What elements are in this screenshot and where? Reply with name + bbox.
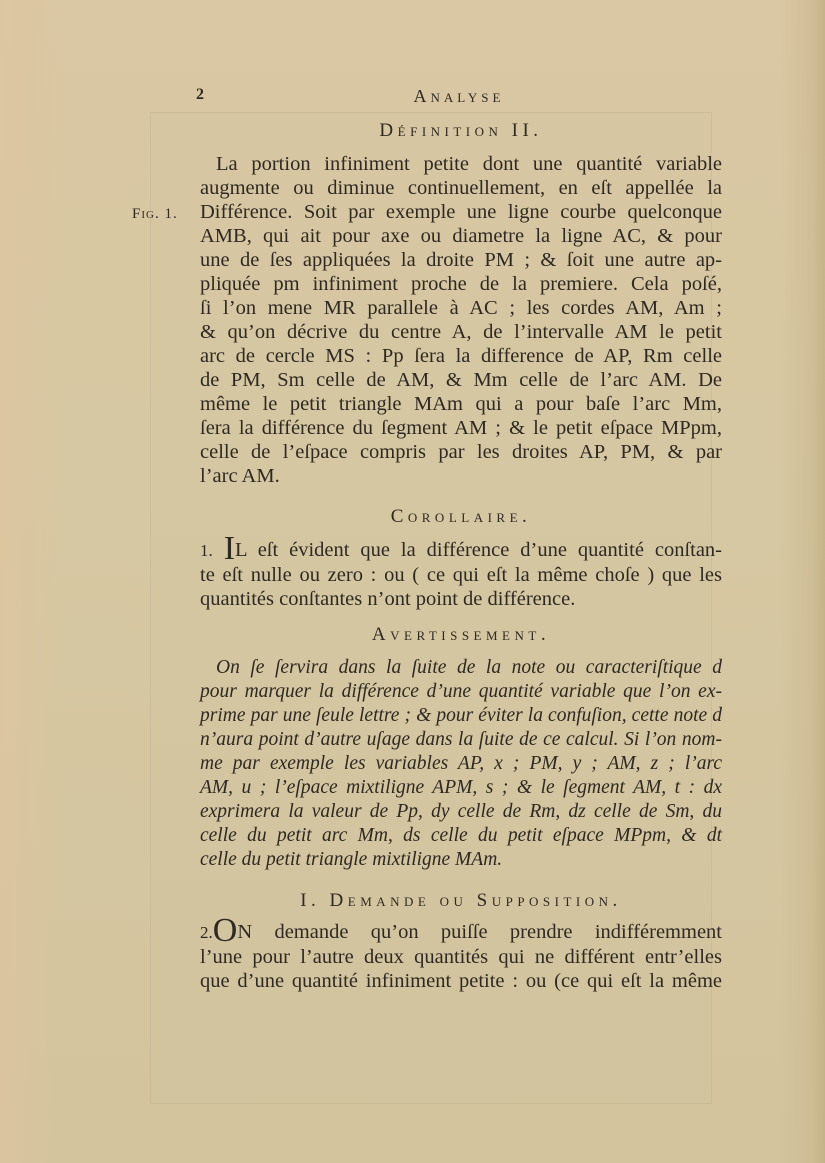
text-line: On ſe ſervira dans la ſuite de la note o…	[200, 656, 722, 680]
text-line: & qu’on décrive du centre A, de l’interv…	[200, 320, 722, 344]
running-head: 2 Analyse	[196, 86, 722, 110]
text-line: ſera la différence du ſegment AM ; & le …	[200, 416, 722, 440]
text-line: celle du petit triangle mixtiligne MAm.	[200, 848, 722, 872]
text-line: celle du petit arc Mm, ds celle du petit…	[200, 824, 722, 848]
text-line: prime par une ſeule lettre ; & pour évit…	[200, 704, 722, 728]
corollaire-heading: Corollaire.	[200, 506, 722, 528]
text-line: n’aura point d’autre uſage dans la ſuite…	[200, 728, 722, 752]
text-line: de PM, Sm celle de AM, & Mm celle de l’a…	[200, 368, 722, 392]
definition-paragraph: La portion infiniment petite dont une qu…	[200, 152, 722, 488]
corollaire-paragraph: 1. IL eſt évident que la différence d’un…	[200, 538, 722, 611]
text-line: pour marquer la différence d’une quantit…	[200, 680, 722, 704]
text-line: AM, u ; l’eſpace mixtiligne APM, s ; & l…	[200, 776, 722, 800]
demande-paragraph: 2.ON demande qu’on puiſſe prendre indiff…	[200, 920, 722, 993]
text-line: exprimera la valeur de Pp, dy celle de R…	[200, 800, 722, 824]
demande-heading: I. Demande ou Supposition.	[200, 890, 722, 912]
text-line: AMB, qui ait pour axe ou diametre la lig…	[200, 224, 722, 248]
drop-cap: I	[224, 530, 235, 567]
running-title: Analyse	[196, 86, 722, 107]
text-line: Différence. Soit par exemple une ligne c…	[200, 200, 722, 224]
figure-margin-note: Fig. 1.	[132, 206, 178, 223]
avertissement-heading: Avertissement.	[200, 624, 722, 646]
text-line: 1. IL eſt évident que la différence d’un…	[200, 538, 722, 563]
text-line: l’arc AM.	[200, 464, 722, 488]
text-line: pliquée pm infiniment proche de la premi…	[200, 272, 722, 296]
text-line: une de ſes appliquées la droite PM ; & ſ…	[200, 248, 722, 272]
text-line: arc de cercle MS : Pp ſera la difference…	[200, 344, 722, 368]
text-line: quantités conſtantes n’ont point de diff…	[200, 587, 722, 611]
paragraph-number: 1.	[200, 541, 213, 560]
definition-heading: Définition II.	[200, 120, 722, 142]
text-line: ſi l’on mene MR parallele à AC ; les cor…	[200, 296, 722, 320]
avertissement-paragraph: On ſe ſervira dans la ſuite de la note o…	[200, 656, 722, 872]
text-line: te eſt nulle ou zero : ou ( ce qui eſt l…	[200, 563, 722, 587]
drop-cap: O	[213, 912, 238, 949]
paragraph-number: 2.	[200, 923, 213, 942]
text-line: l’une pour l’autre deux quantités qui ne…	[200, 945, 722, 969]
text-line: augmente ou diminue continuellement, en …	[200, 176, 722, 200]
text-line: 2.ON demande qu’on puiſſe prendre indiff…	[200, 920, 722, 945]
text-line: que d’une quantité infiniment petite : o…	[200, 969, 722, 993]
scanned-page: 2 Analyse Définition II. Fig. 1. La port…	[0, 0, 825, 1163]
text-line: La portion infiniment petite dont une qu…	[200, 152, 722, 176]
text-line: celle de l’eſpace compris par les droite…	[200, 440, 722, 464]
text-line: même le petit triangle MAm qui a pour ba…	[200, 392, 722, 416]
text-line: me par exemple les variables AP, x ; PM,…	[200, 752, 722, 776]
